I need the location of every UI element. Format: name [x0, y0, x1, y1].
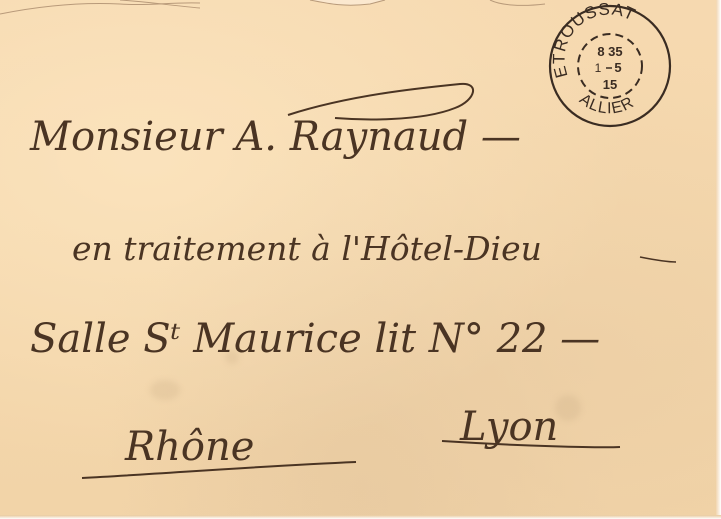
- address-line-3: Salle Sᵗ Maurice lit N° 22 —: [30, 316, 600, 362]
- envelope-bottom-edge: [0, 515, 721, 519]
- envelope-right-edge: [716, 0, 721, 519]
- address-line-1: Monsieur A. Raynaud —: [29, 114, 521, 160]
- address-line-4-department: Rhône: [124, 424, 254, 470]
- handwritten-address: Monsieur A. Raynaud — en traitement à l'…: [0, 0, 721, 519]
- envelope: ETROUSSAT ALLIER 8 35 1 5 15 Monsieur A.…: [0, 0, 721, 519]
- address-line-2: en traitement à l'Hôtel-Dieu: [72, 229, 542, 268]
